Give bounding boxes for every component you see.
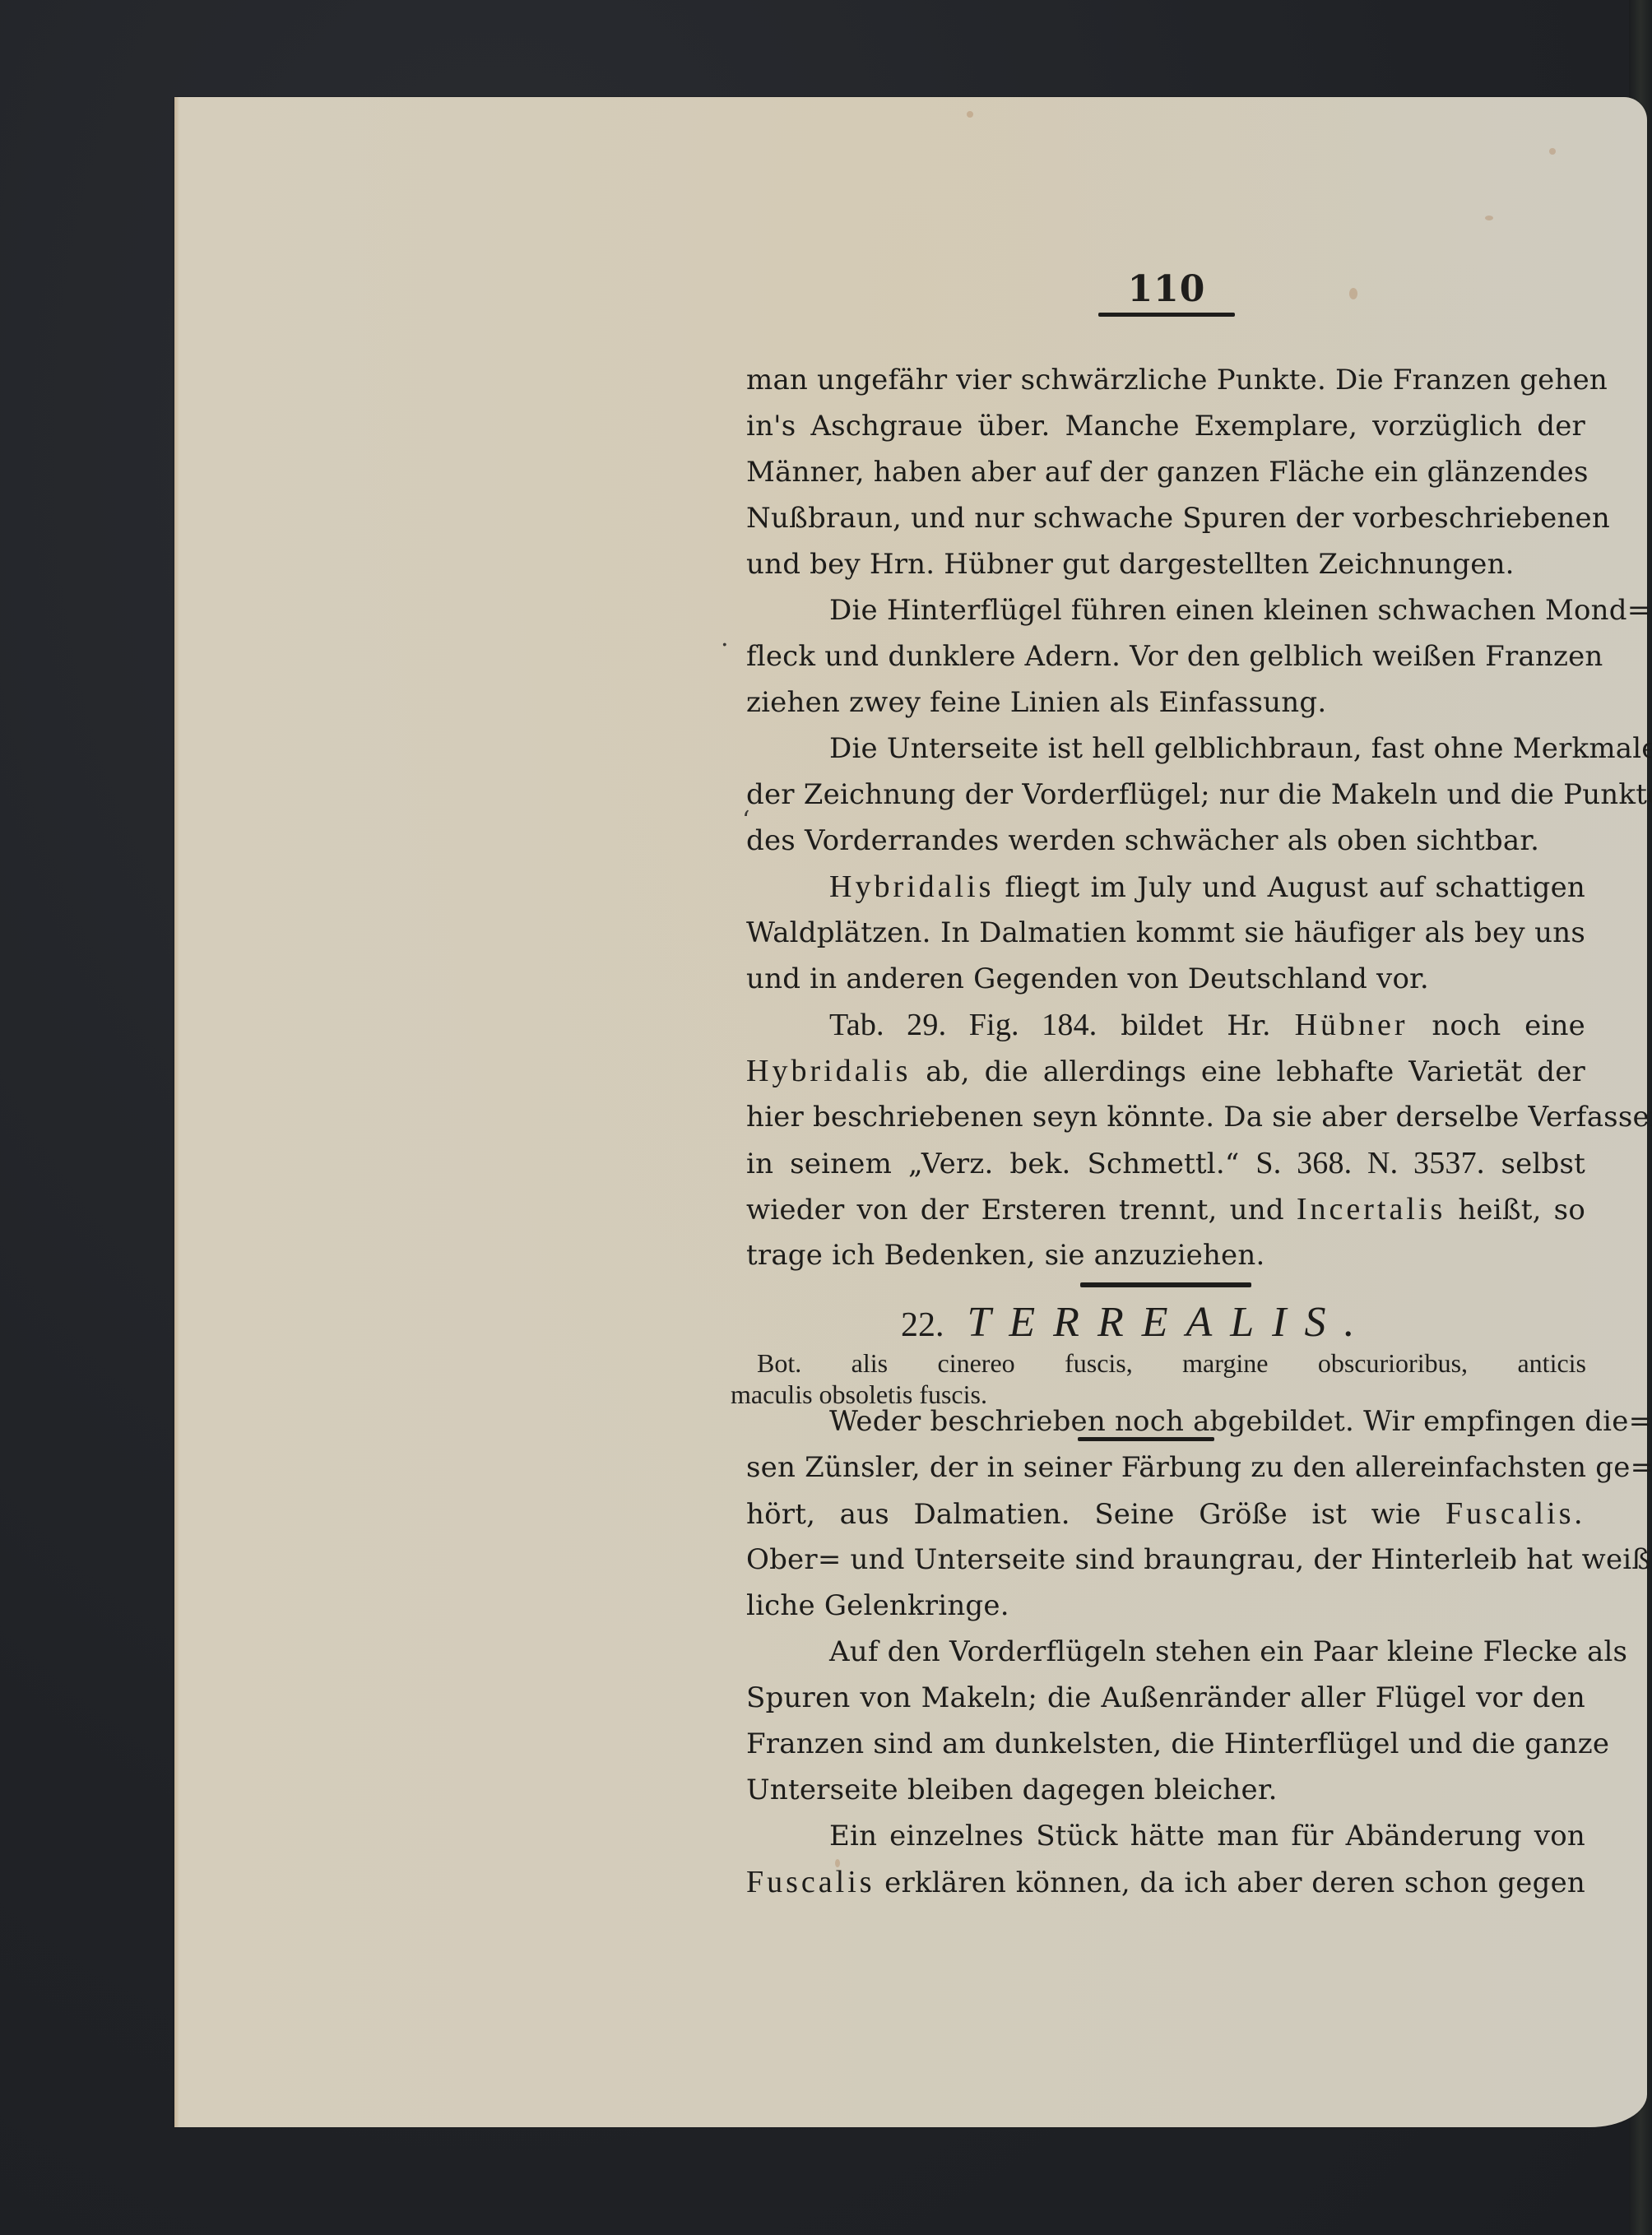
figure-reference: Tab. 29. Fig. 184. <box>829 1008 1097 1042</box>
species-name: Fuscalis <box>746 1865 875 1899</box>
text-fragment: ab, die allerdings eine lebhafte Varietä… <box>911 1055 1585 1088</box>
text-fragment: bildet Hr. <box>1097 1009 1294 1042</box>
text-fragment: erklären können, da ich aber deren schon… <box>875 1866 1585 1899</box>
text-line: in's Aschgraue über. Manche Exemplare, v… <box>746 401 1585 451</box>
text-line: hier beschriebenen seyn könnte. Da sie a… <box>746 1092 1585 1142</box>
text-line: der Zeichnung der Vorderflügel; nur die … <box>746 770 1585 819</box>
text-line: wieder von der Ersteren trennt, und Ince… <box>746 1185 1585 1234</box>
species-name: Fuscalis. <box>1445 1496 1585 1531</box>
section-divider-upper <box>1080 1282 1251 1287</box>
page-edge-shading <box>174 97 179 2127</box>
foxing-spot <box>967 111 973 118</box>
text-line: Hybridalis ab, die allerdings eine lebha… <box>746 1046 1585 1096</box>
text-line: Spuren von Makeln; die Außenränder aller… <box>746 1673 1585 1723</box>
text-line: Tab. 29. Fig. 184. bildet Hr. Hübner noc… <box>829 1000 1585 1050</box>
text-line: Männer, haben aber auf der ganzen Fläche… <box>746 447 1585 497</box>
text-line: hört, aus Dalmatien. Seine Größe ist wie… <box>746 1489 1585 1538</box>
text-line: trage ich Bedenken, sie anzuziehen. <box>746 1231 1585 1280</box>
text-line: man ungefähr vier schwärzliche Punkte. D… <box>746 355 1585 405</box>
species-name: Hybridalis <box>829 869 994 904</box>
text-line: Weder beschrieben noch abgebildet. Wir e… <box>829 1397 1585 1446</box>
text-line: Hybridalis fliegt im July und August auf… <box>829 862 1585 911</box>
text-line: fleck und dunklere Adern. Vor den gelbli… <box>746 632 1585 681</box>
species-name: Incertalis <box>1297 1192 1445 1226</box>
text-line: ziehen zwey feine Linien als Einfassung. <box>746 678 1585 727</box>
text-fragment: hört, aus Dalmatien. Seine Größe ist wie <box>746 1498 1445 1531</box>
margin-mark: . <box>721 624 729 652</box>
text-fragment: noch eine <box>1408 1009 1585 1042</box>
text-line: Fuscalis erklären können, da ich aber de… <box>746 1857 1585 1907</box>
text-line: in seinem „Verz. bek. Schmettl.“ S. 368.… <box>746 1138 1585 1188</box>
text-line: und in anderen Gegenden von Deutschland … <box>746 954 1585 1004</box>
section-title: TERREALIS. <box>968 1299 1373 1346</box>
text-fragment: wieder von der Ersteren trennt, und <box>746 1194 1297 1226</box>
text-line: Waldplätzen. In Dalmatien kommt sie häuf… <box>746 908 1585 958</box>
page-number-rule <box>1098 313 1235 317</box>
text-line: liche Gelenkringe. <box>746 1581 1585 1630</box>
text-fragment: selbst <box>1485 1148 1585 1180</box>
text-line: des Vorderrandes werden schwächer als ob… <box>746 816 1585 865</box>
text-line: Ein einzelnes Stück hätte man für Abände… <box>829 1811 1585 1861</box>
species-name: Hybridalis <box>746 1054 911 1088</box>
latin-diagnosis-line: Bot. alis cinereo fuscis, margine obscur… <box>757 1347 1586 1379</box>
section-number: 22. <box>901 1306 944 1344</box>
text-line: Franzen sind am dunkelsten, die Hinterfl… <box>746 1719 1585 1769</box>
foxing-spot <box>1485 216 1493 220</box>
foxing-spot <box>1549 148 1556 155</box>
foxing-spot <box>1349 288 1357 299</box>
text-line: Die Unterseite ist hell gelblichbraun, f… <box>829 724 1585 773</box>
text-line: Auf den Vorderflügeln stehen ein Paar kl… <box>829 1627 1585 1676</box>
text-line: Nußbraun, und nur schwache Spuren der vo… <box>746 494 1585 543</box>
text-line: und bey Hrn. Hübner gut dargestellten Ze… <box>746 540 1585 589</box>
text-fragment: in seinem „Verz. bek. Schmettl.“ <box>746 1148 1255 1180</box>
page-number: 110 <box>1125 268 1208 310</box>
text-line: Ober= und Unterseite sind braungrau, der… <box>746 1535 1585 1584</box>
text-fragment: fliegt im July und August auf schattigen <box>994 871 1585 904</box>
text-line: Unterseite bleiben dagegen bleicher. <box>746 1765 1585 1815</box>
text-fragment: heißt, so <box>1445 1194 1585 1226</box>
author-name: Hübner <box>1295 1008 1408 1042</box>
page-reference: S. 368. N. 3537. <box>1255 1146 1484 1180</box>
text-line: Die Hinterflügel führen einen kleinen sc… <box>829 586 1585 635</box>
text-line: sen Zünsler, der in seiner Färbung zu de… <box>746 1443 1585 1492</box>
